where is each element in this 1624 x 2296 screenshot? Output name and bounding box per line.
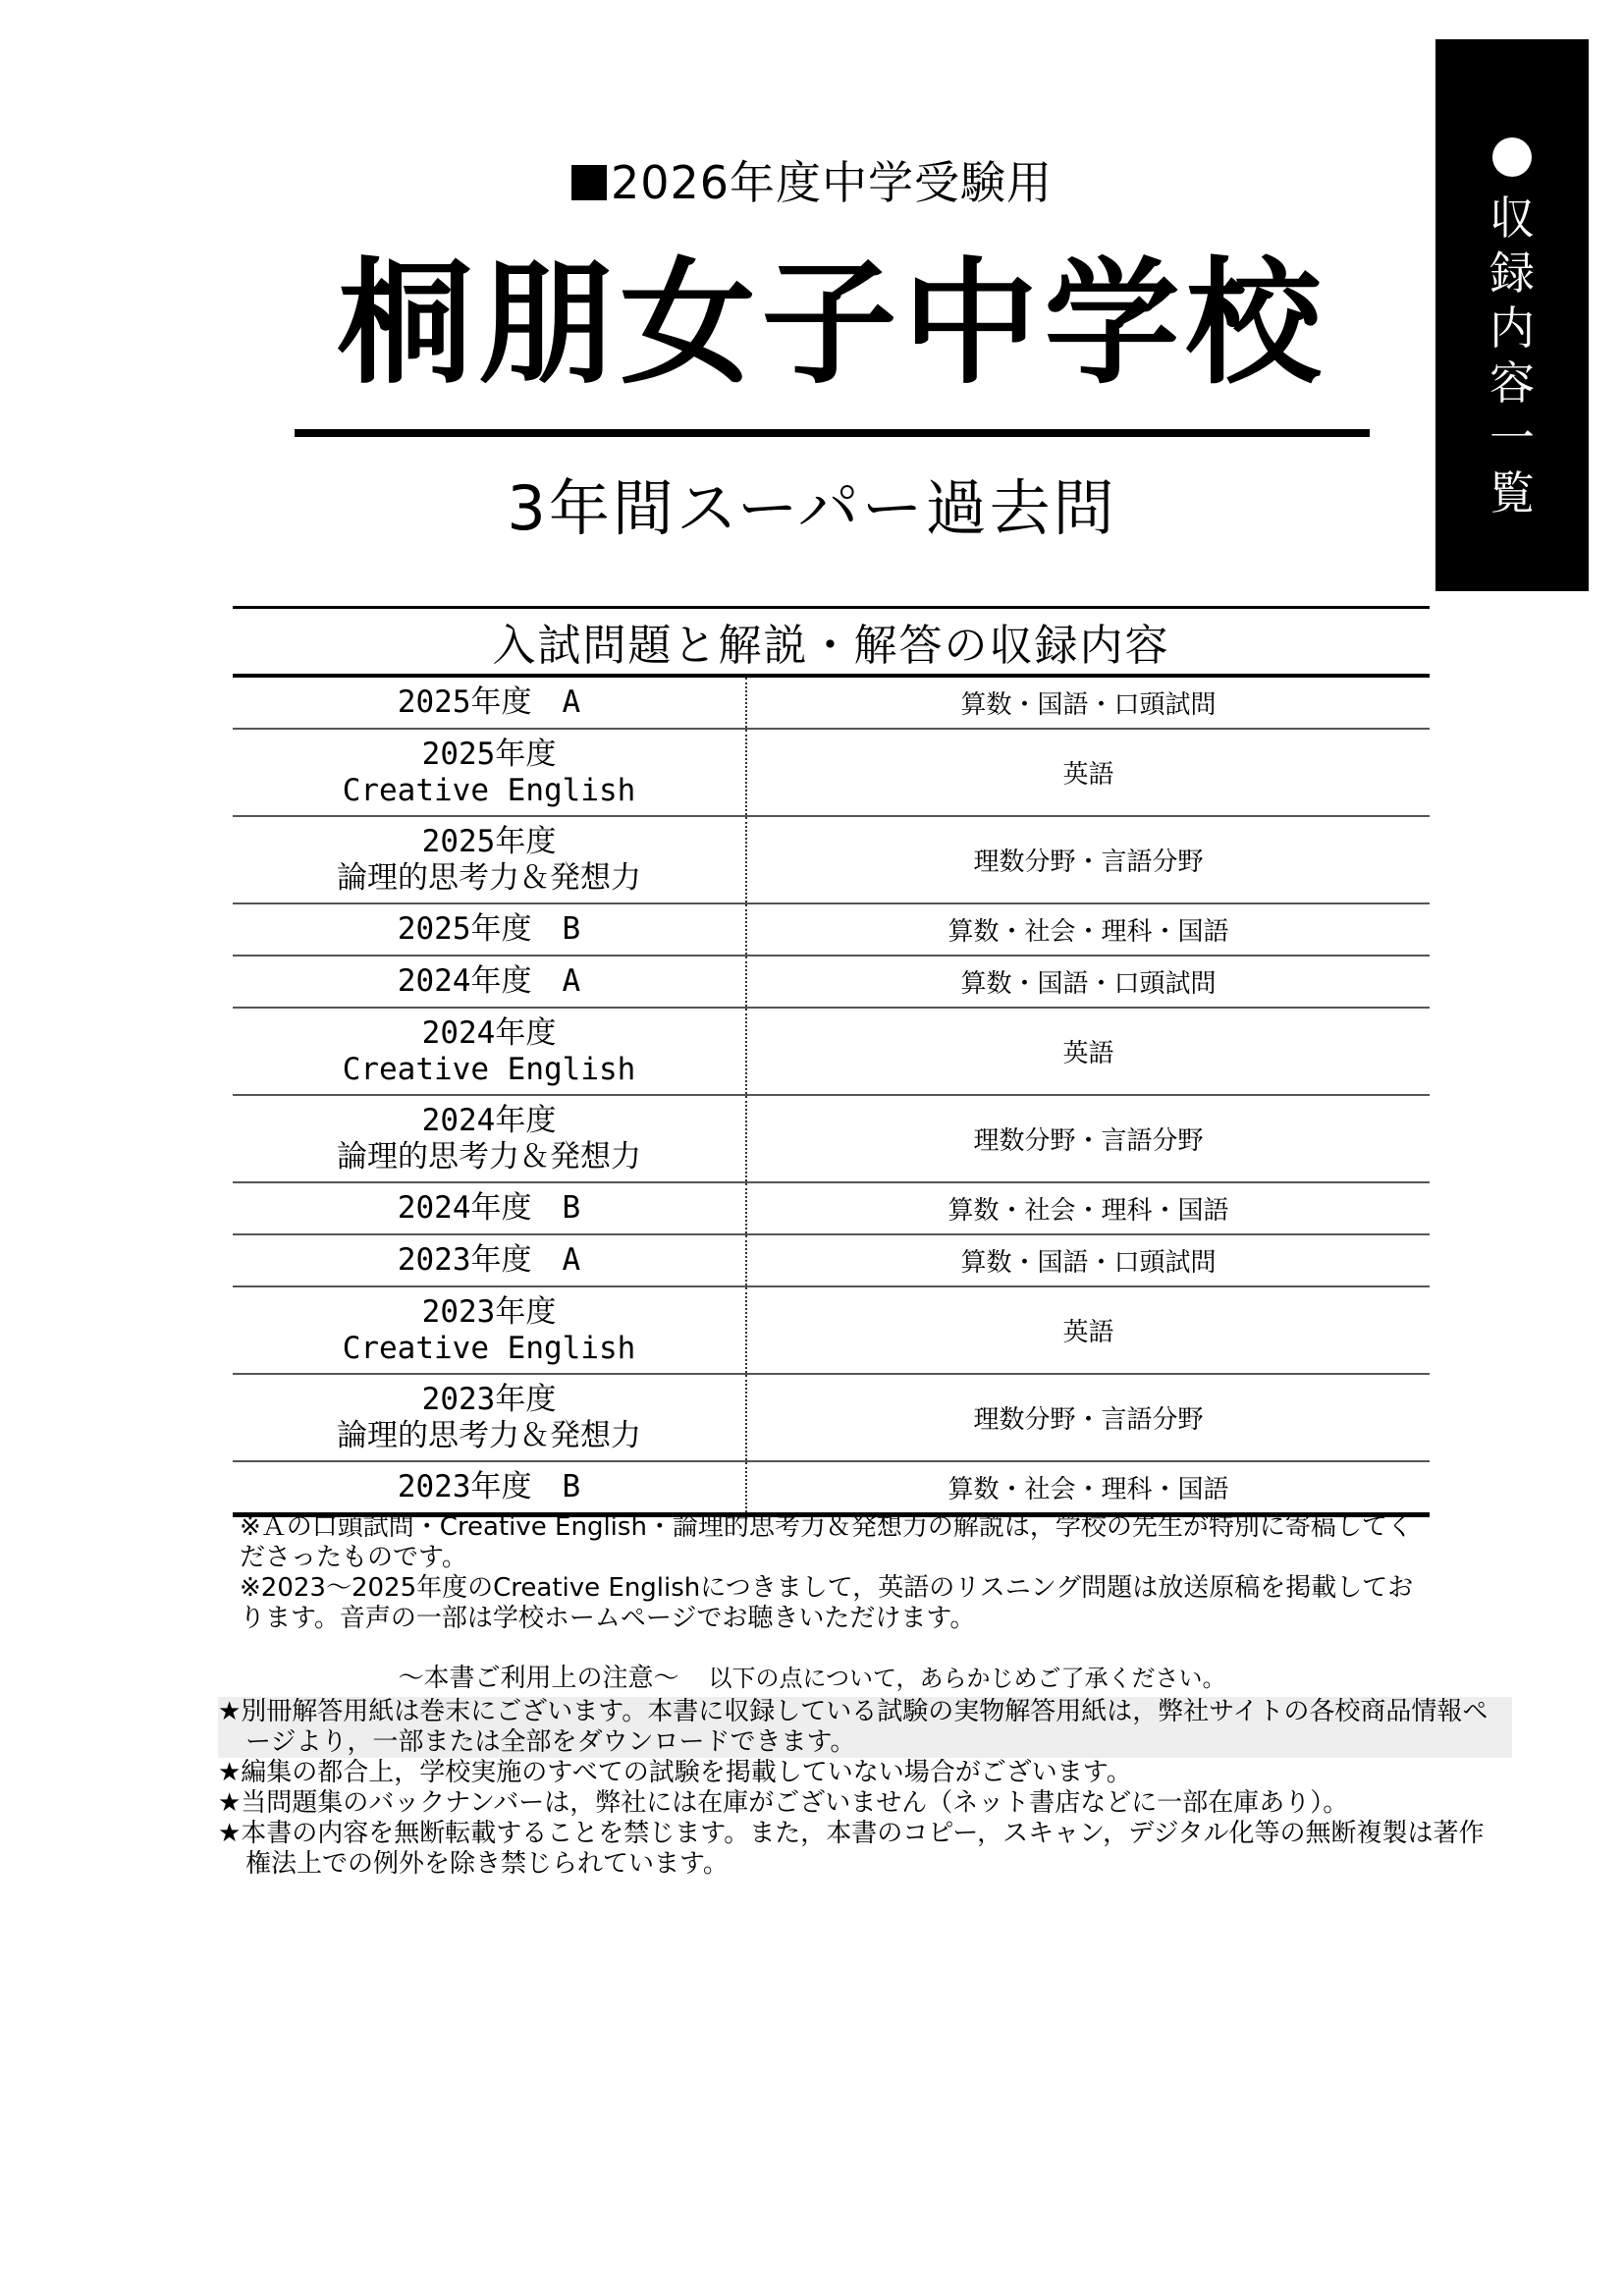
circle-bullet-icon bbox=[1492, 137, 1532, 177]
exam-name: 2025年度 A bbox=[398, 684, 580, 721]
table-row: 2023年度 B 算数・社会・理科・国語 bbox=[233, 1462, 1430, 1517]
table-row: 2024年度論理的思考力＆発想力 理数分野・言語分野 bbox=[233, 1096, 1430, 1183]
subjects-cell: 算数・社会・理科・国語 bbox=[747, 904, 1430, 955]
exam-type: Creative English bbox=[343, 1331, 636, 1367]
exam-cell: 2023年度論理的思考力＆発想力 bbox=[233, 1375, 747, 1460]
exam-year: 2023年度 bbox=[422, 1382, 557, 1418]
table-row: 2024年度 B 算数・社会・理科・国語 bbox=[233, 1183, 1430, 1235]
exam-cell: 2025年度 B bbox=[233, 904, 747, 955]
exam-cell: 2023年度Creative English bbox=[233, 1287, 747, 1373]
exam-cell: 2025年度 A bbox=[233, 678, 747, 728]
side-tab-char: 内 bbox=[1489, 301, 1535, 355]
table-row: 2025年度論理的思考力＆発想力 理数分野・言語分野 bbox=[233, 817, 1430, 904]
exam-type: 論理的思考力＆発想力 bbox=[337, 1139, 641, 1175]
subjects-cell: 算数・国語・口頭試問 bbox=[747, 957, 1430, 1007]
side-tab-char: 覧 bbox=[1489, 465, 1535, 520]
exam-name: 2025年度 B bbox=[398, 911, 580, 948]
exam-year: 2025年度 bbox=[422, 737, 557, 773]
exam-cell: 2025年度Creative English bbox=[233, 730, 747, 815]
caution-item: ★当問題集のバックナンバーは，弊社には在庫がございません（ネット書店などに一部在… bbox=[218, 1788, 1494, 1819]
exam-cell: 2023年度 A bbox=[233, 1235, 747, 1285]
table-title: 入試問題と解説・解答の収録内容 bbox=[233, 609, 1430, 674]
caution-item: ★別冊解答用紙は巻末にございます。本書に収録している試験の実物解答用紙は，弊社サ… bbox=[218, 1697, 1512, 1758]
subjects-cell: 英語 bbox=[747, 730, 1430, 815]
subjects-cell: 英語 bbox=[747, 1287, 1430, 1373]
side-tab-char: 一 bbox=[1489, 410, 1535, 465]
exam-year: 2024年度 bbox=[422, 1015, 557, 1052]
side-tab-char: 容 bbox=[1489, 355, 1535, 410]
exam-year: 2024年度 bbox=[422, 1103, 557, 1139]
book-subtitle: 3年間スーパー過去問 bbox=[0, 460, 1624, 547]
exam-cell: 2024年度 B bbox=[233, 1183, 747, 1233]
side-tab-contents-list: 収 録 内 容 一 覧 bbox=[1435, 39, 1589, 591]
square-bullet-icon bbox=[571, 165, 607, 200]
kicker-text: 2026年度中学受験用 bbox=[611, 156, 1053, 209]
exam-cell: 2024年度 A bbox=[233, 957, 747, 1007]
subjects-cell: 英語 bbox=[747, 1009, 1430, 1094]
exam-year: 2025年度 bbox=[422, 824, 557, 860]
table-row: 2025年度 B 算数・社会・理科・国語 bbox=[233, 904, 1430, 957]
table-row: 2025年度 A 算数・国語・口頭試問 bbox=[233, 678, 1430, 730]
exam-year-kicker: 2026年度中学受験用 bbox=[0, 147, 1624, 212]
exam-name: 2024年度 B bbox=[398, 1190, 580, 1227]
exam-cell: 2023年度 B bbox=[233, 1462, 747, 1512]
table-row: 2023年度論理的思考力＆発想力 理数分野・言語分野 bbox=[233, 1375, 1430, 1462]
subjects-cell: 算数・国語・口頭試問 bbox=[747, 678, 1430, 728]
side-tab-char: 収 bbox=[1489, 191, 1535, 246]
note-item: ※2023～2025年度のCreative Englishにつきまして，英語のリ… bbox=[240, 1573, 1437, 1634]
exam-name: 2023年度 B bbox=[398, 1469, 580, 1505]
note-item: ※Ａの口頭試問・Creative English・論理的思考力＆発想力の解説は，… bbox=[240, 1512, 1437, 1573]
table-row: 2023年度Creative English 英語 bbox=[233, 1287, 1430, 1375]
side-tab-char: 録 bbox=[1489, 246, 1535, 301]
table-row: 2024年度Creative English 英語 bbox=[233, 1009, 1430, 1096]
exam-type: 論理的思考力＆発想力 bbox=[337, 860, 641, 897]
table-row: 2024年度 A 算数・国語・口頭試問 bbox=[233, 957, 1430, 1009]
exam-name: 2024年度 A bbox=[398, 963, 580, 1000]
exam-cell: 2024年度論理的思考力＆発想力 bbox=[233, 1096, 747, 1181]
caution-item: ★本書の内容を無断転載することを禁じます。また，本書のコピー，スキャン，デジタル… bbox=[218, 1819, 1494, 1880]
exam-type: Creative English bbox=[343, 773, 636, 809]
table-row: 2023年度 A 算数・国語・口頭試問 bbox=[233, 1235, 1430, 1287]
subjects-cell: 理数分野・言語分野 bbox=[747, 1096, 1430, 1181]
contents-table: 入試問題と解説・解答の収録内容 2025年度 A 算数・国語・口頭試問 2025… bbox=[233, 606, 1430, 1517]
table-notes: ※Ａの口頭試問・Creative English・論理的思考力＆発想力の解説は，… bbox=[240, 1512, 1437, 1634]
exam-type: 論理的思考力＆発想力 bbox=[337, 1418, 641, 1454]
exam-year: 2023年度 bbox=[422, 1294, 557, 1331]
subjects-cell: 算数・社会・理科・国語 bbox=[747, 1183, 1430, 1233]
subjects-cell: 算数・社会・理科・国語 bbox=[747, 1462, 1430, 1512]
caution-heading: ～本書ご利用上の注意～以下の点について，あらかじめご了承ください。 bbox=[0, 1658, 1624, 1694]
table-row: 2025年度Creative English 英語 bbox=[233, 730, 1430, 817]
caution-title: ～本書ご利用上の注意～ bbox=[398, 1664, 678, 1693]
exam-name: 2023年度 A bbox=[398, 1242, 580, 1279]
caution-item: ★編集の都合上，学校実施のすべての試験を掲載していない場合がございます。 bbox=[218, 1758, 1494, 1788]
subjects-cell: 理数分野・言語分野 bbox=[747, 817, 1430, 902]
subjects-cell: 算数・国語・口頭試問 bbox=[747, 1235, 1430, 1285]
school-name-title: 桐朋女子中学校 bbox=[295, 246, 1370, 403]
caution-subtitle: 以下の点について，あらかじめご了承ください。 bbox=[708, 1665, 1225, 1692]
exam-cell: 2025年度論理的思考力＆発想力 bbox=[233, 817, 747, 902]
exam-type: Creative English bbox=[343, 1052, 636, 1088]
subjects-cell: 理数分野・言語分野 bbox=[747, 1375, 1430, 1460]
caution-list: ★別冊解答用紙は巻末にございます。本書に収録している試験の実物解答用紙は，弊社サ… bbox=[218, 1697, 1494, 1880]
exam-cell: 2024年度Creative English bbox=[233, 1009, 747, 1094]
title-underline bbox=[295, 429, 1370, 437]
